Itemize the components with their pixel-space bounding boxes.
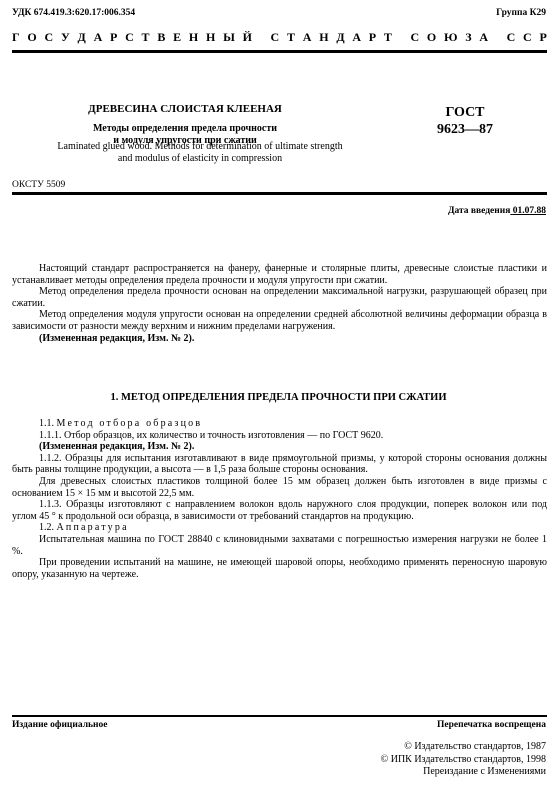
banner-letter: Е	[173, 30, 181, 45]
state-standard-banner: ГОСУДАРСТВЕННЫЙ СТАНДАРТ СОЮЗА ССР	[12, 30, 547, 45]
group-code: Группа К29	[496, 8, 546, 18]
copyright-block: © Издательство стандартов, 1987 © ИПК Из…	[381, 741, 546, 779]
banner-letter: Т	[287, 30, 295, 45]
header-rule	[12, 50, 547, 53]
banner-letter: Й	[243, 30, 252, 45]
section-1-amendment-note: (Измененная редакция, Изм. № 2).	[12, 441, 547, 453]
banner-letter: С	[125, 30, 134, 45]
section-1-heading: 1. МЕТОД ОПРЕДЕЛЕНИЯ ПРЕДЕЛА ПРОЧНОСТИ П…	[0, 392, 557, 403]
intro-paragraph-2: Метод определения предела прочности осно…	[12, 286, 547, 309]
clause-1-2-paragraph-1: Испытательная машина по ГОСТ 28840 с кли…	[12, 534, 547, 557]
subtitle-line-1: Методы определения предела прочности	[0, 123, 370, 135]
intro-date-label: Дата введения	[448, 206, 510, 216]
banner-word-gap	[496, 30, 499, 45]
banner-letter: Ю	[444, 30, 458, 45]
banner-letter: А	[303, 30, 312, 45]
clause-1-1-2-continued: Для древесных слоистых пластиков толщино…	[12, 476, 547, 499]
banner-letter: Д	[78, 30, 86, 45]
english-title: Laminated glued wood. Methods for determ…	[0, 141, 400, 165]
intro-paragraph-3: Метод определения модуля упругости основ…	[12, 309, 547, 332]
banner-letter: В	[157, 30, 165, 45]
copyright-line-1: © Издательство стандартов, 1987	[381, 741, 546, 754]
banner-letter: Н	[189, 30, 198, 45]
banner-letter: Д	[336, 30, 344, 45]
udk-code: УДК 674.419.3:620.17:006.354	[12, 8, 135, 18]
gost-number: 9623—87	[420, 121, 510, 138]
banner-word-gap	[400, 30, 403, 45]
introduction-text: Настоящий стандарт распространяется на ф…	[12, 263, 547, 344]
banner-letter: Г	[12, 30, 20, 45]
introduction-date: Дата введения 01.07.88	[448, 206, 546, 216]
clause-1-2-paragraph-2: При проведении испытаний на машине, не и…	[12, 557, 547, 580]
gost-label: ГОСТ	[420, 104, 510, 121]
banner-letter: А	[352, 30, 361, 45]
banner-letter: С	[507, 30, 516, 45]
banner-letter: А	[94, 30, 103, 45]
clause-1-1-2: 1.1.2. Образцы для испытания изготавлива…	[12, 453, 547, 476]
banner-letter: Р	[110, 30, 117, 45]
subsection-1-1-heading: 1.1. Метод отбора образцов	[12, 418, 547, 430]
subsection-1-2-heading: 1.2. Аппаратура	[12, 522, 547, 534]
banner-letter: С	[523, 30, 532, 45]
footer-rule	[12, 715, 547, 717]
banner-letter: О	[427, 30, 436, 45]
banner-letter: Н	[319, 30, 328, 45]
intro-date-value: 01.07.88	[510, 206, 546, 216]
reprint-prohibited-note: Перепечатка воспрещена	[437, 720, 546, 730]
banner-letter: С	[271, 30, 280, 45]
section-1-text: 1.1. Метод отбора образцов 1.1.1. Отбор …	[12, 418, 547, 580]
oksty-code: ОКСТУ 5509	[12, 180, 65, 190]
banner-letter: Р	[539, 30, 546, 45]
english-title-line-2: and modulus of elasticity in compression	[0, 153, 400, 165]
intro-paragraph-1: Настоящий стандарт распространяется на ф…	[12, 263, 547, 286]
copyright-line-2: © ИПК Издательство стандартов, 1998	[381, 754, 546, 767]
banner-letter: С	[45, 30, 54, 45]
document-title: ДРЕВЕСИНА СЛОИСТАЯ КЛЕЕНАЯ	[0, 103, 370, 115]
banner-letter: Р	[369, 30, 376, 45]
banner-letter: А	[479, 30, 488, 45]
banner-word-gap	[260, 30, 263, 45]
intro-amendment-note: (Измененная редакция, Изм. № 2).	[12, 333, 547, 345]
clause-1-1-1: 1.1.1. Отбор образцов, их количество и т…	[12, 430, 547, 442]
banner-letter: Т	[142, 30, 150, 45]
banner-letter: Т	[384, 30, 392, 45]
banner-letter: Н	[206, 30, 215, 45]
banner-letter: З	[465, 30, 471, 45]
gost-designation: ГОСТ 9623—87	[420, 104, 510, 138]
official-edition-note: Издание официальное	[12, 720, 108, 730]
banner-letter: Ы	[223, 30, 235, 45]
reissue-note: Переиздание с Изменениями	[381, 766, 546, 779]
title-block-rule	[12, 192, 547, 195]
banner-letter: С	[410, 30, 419, 45]
english-title-line-1: Laminated glued wood. Methods for determ…	[0, 141, 400, 153]
clause-1-1-3: 1.1.3. Образцы изготовляют с направление…	[12, 499, 547, 522]
banner-letter: О	[27, 30, 36, 45]
banner-letter: У	[61, 30, 70, 45]
